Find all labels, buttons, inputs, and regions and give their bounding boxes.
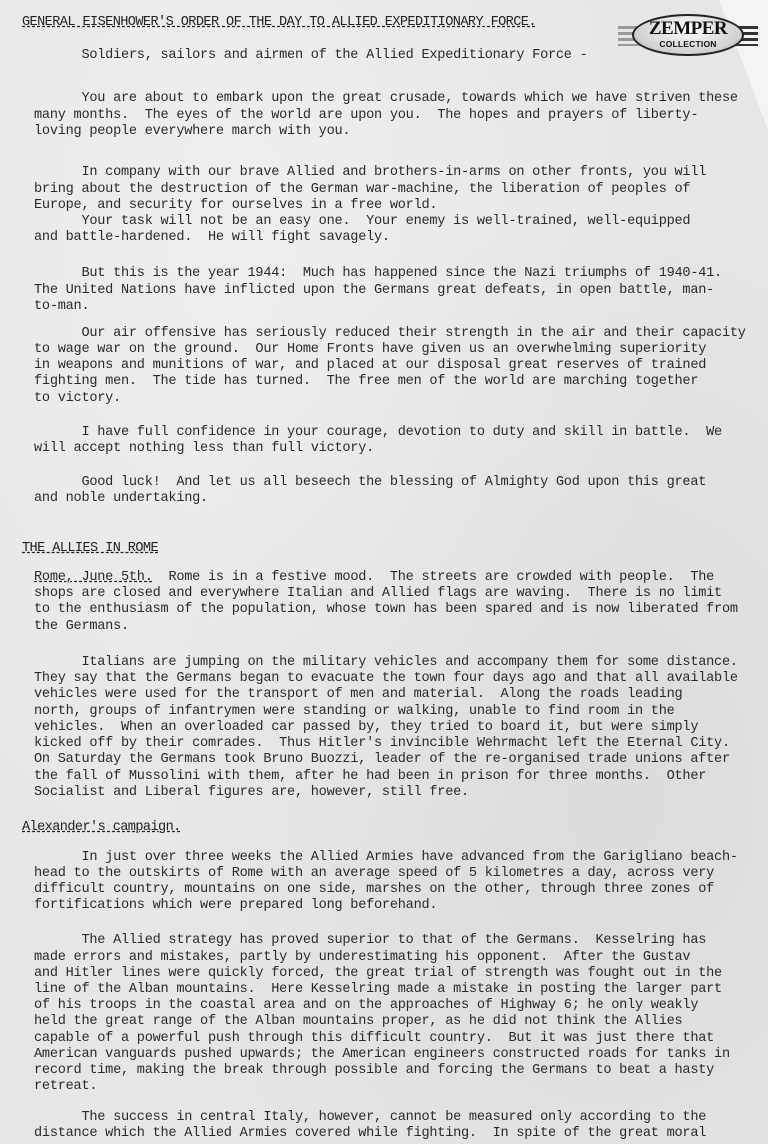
text-line: Italians are jumping on the military veh… xyxy=(34,655,738,671)
text-line: difficult country, mountains on one side… xyxy=(34,882,714,898)
text-line: to-man. xyxy=(34,299,89,315)
text-line: bring about the destruction of the Germa… xyxy=(34,182,690,198)
text-line: But this is the year 1944: Much has happ… xyxy=(34,266,722,282)
text-line: head to the outskirts of Rome with an av… xyxy=(34,866,714,882)
dateline: Rome, June 5th. xyxy=(34,570,153,585)
text-line: They say that the Germans began to evacu… xyxy=(34,671,738,687)
text-line: American vanguards pushed upwards; the A… xyxy=(34,1047,730,1063)
text-line: Good luck! And let us all beseech the bl… xyxy=(34,475,706,491)
text-line: The United Nations have inflicted upon t… xyxy=(34,283,714,299)
text-line: The Allied strategy has proved superior … xyxy=(34,933,706,949)
text-line: fortifications which were prepared long … xyxy=(34,898,437,914)
text-line: shops are closed and everywhere Italian … xyxy=(34,586,722,602)
section-heading-alexanders-campaign: Alexander's campaign. xyxy=(22,820,181,836)
text-line: to the enthusiasm of the population, who… xyxy=(34,602,738,618)
text-line: and Hitler lines were quickly forced, th… xyxy=(34,966,722,982)
logo-oval: ZEMPER COLLECTION xyxy=(632,14,744,56)
text-line: In just over three weeks the Allied Armi… xyxy=(34,850,738,866)
text-line: the fall of Mussolini with them, after h… xyxy=(34,769,706,785)
text-line: of his troops in the coastal area and on… xyxy=(34,998,698,1014)
text-line: The success in central Italy, however, c… xyxy=(34,1110,706,1126)
text-line: capable of a powerful push through this … xyxy=(34,1031,714,1047)
text-line: in weapons and munitions of war, and pla… xyxy=(34,358,706,374)
text-line: Your task will not be an easy one. Your … xyxy=(34,214,690,230)
text-line: vehicles. When an overloaded car passed … xyxy=(34,720,698,736)
text-line: the Germans. xyxy=(34,619,129,635)
text-line: and battle-hardened. He will fight savag… xyxy=(34,230,390,246)
text-line: Soldiers, sailors and airmen of the Alli… xyxy=(34,48,588,64)
section-heading-allies-in-rome: THE ALLIES IN ROME xyxy=(22,541,158,557)
text-line: kicked off by their comrades. Thus Hitle… xyxy=(34,736,730,752)
dateline-row: Rome, June 5th. Rome is in a festive moo… xyxy=(34,570,714,586)
text-line: In company with our brave Allied and bro… xyxy=(34,165,706,181)
text-line: north, groups of infantrymen were standi… xyxy=(34,704,675,720)
text-line: I have full confidence in your courage, … xyxy=(34,425,722,441)
text-line: retreat. xyxy=(34,1079,97,1095)
text-line: will accept nothing less than full victo… xyxy=(34,441,374,457)
document-page: ZEMPER COLLECTION GENERAL EISENHOWER'S O… xyxy=(0,0,768,1144)
text-line: record time, making the break through po… xyxy=(34,1063,714,1079)
text-line: to wage war on the ground. Our Home Fron… xyxy=(34,342,706,358)
text-line: held the great range of the Alban mounta… xyxy=(34,1014,682,1030)
text-line: You are about to embark upon the great c… xyxy=(34,91,738,107)
text-line: many months. The eyes of the world are u… xyxy=(34,108,698,124)
text-line: Socialist and Liberal figures are, howev… xyxy=(34,785,469,801)
text-line: distance which the Allied Armies covered… xyxy=(34,1126,706,1142)
text-line: made errors and mistakes, partly by unde… xyxy=(34,950,690,966)
text-line: Rome is in a festive mood. The streets a… xyxy=(153,570,714,585)
logo-subtitle: COLLECTION xyxy=(634,39,742,49)
text-line: and noble undertaking. xyxy=(34,491,208,507)
text-line: fighting men. The tide has turned. The f… xyxy=(34,374,698,390)
text-line: Our air offensive has seriously reduced … xyxy=(34,326,746,342)
zemper-collection-logo: ZEMPER COLLECTION xyxy=(618,12,758,60)
text-line: to victory. xyxy=(34,391,121,407)
text-line: loving people everywhere march with you. xyxy=(34,124,350,140)
text-line: line of the Alban mountains. Here Kessel… xyxy=(34,982,722,998)
text-line: On Saturday the Germans took Bruno Buozz… xyxy=(34,752,730,768)
logo-brand: ZEMPER xyxy=(634,19,742,39)
text-line: vehicles were used for the transport of … xyxy=(34,687,682,703)
document-title: GENERAL EISENHOWER'S ORDER OF THE DAY TO… xyxy=(22,15,536,31)
text-line: Europe, and security for ourselves in a … xyxy=(34,198,437,214)
